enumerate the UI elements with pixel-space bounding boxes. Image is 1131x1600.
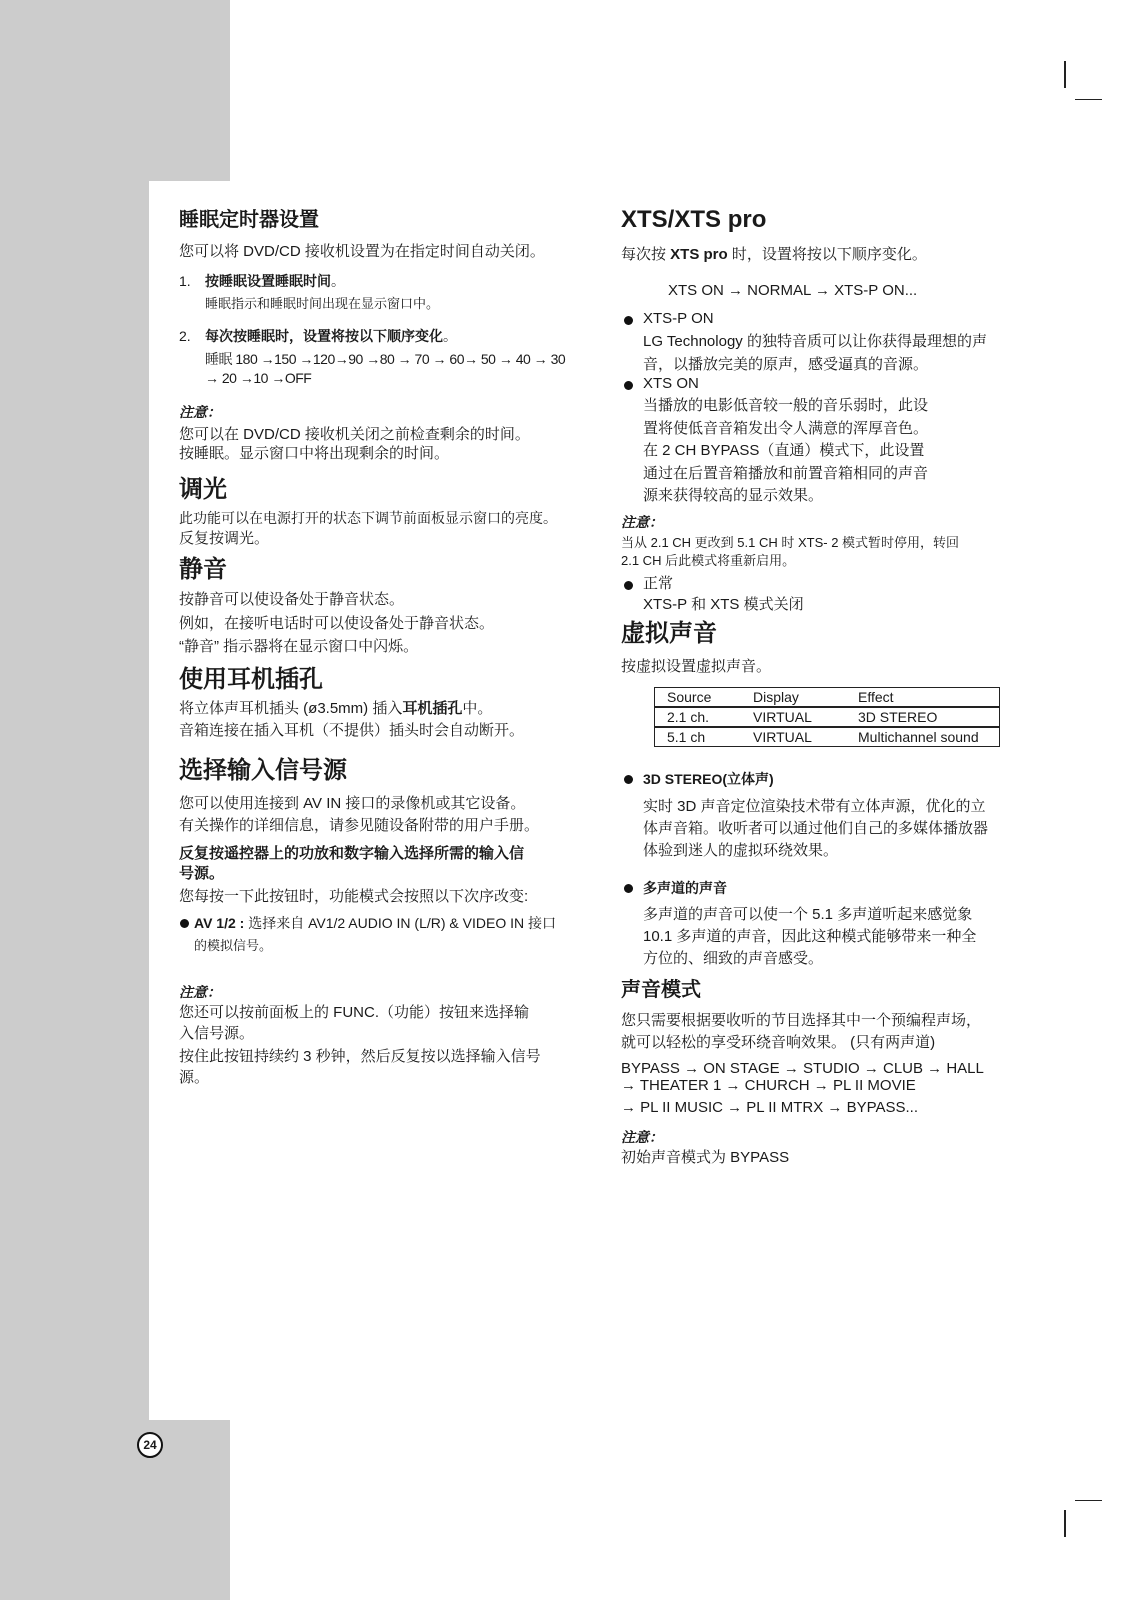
dimmer-text: 反复按调光。: [179, 530, 269, 548]
bullet-icon: [624, 381, 633, 390]
note-text: 按住此按钮持续约 3 秒钟，然后反复按以选择输入信号: [179, 1048, 541, 1066]
step-title: 每次按睡眠时，设置将按以下顺序变化。: [205, 327, 457, 345]
virtual-item-label: 3D STEREO(立体声): [643, 770, 774, 788]
xts-item-label: XTS-P ON: [643, 310, 714, 328]
bullet-icon: [624, 775, 633, 784]
table-cell: 2.1 ch.: [655, 707, 742, 727]
note-text: 您还可以按前面板上的 FUNC.（功能）按钮来选择输: [179, 1004, 529, 1022]
input-source-sequence-intro: 您每按一下此按钮时，功能模式会按照以下次序改变:: [179, 888, 528, 906]
section-title-mute: 静音: [179, 556, 227, 584]
bullet-icon: [624, 316, 633, 325]
step-body: 睡眠指示和睡眠时间出现在显示窗口中。: [205, 295, 439, 313]
virtual-intro: 按虚拟设置虚拟声音。: [621, 658, 771, 676]
table-header-row: Source Display Effect: [655, 688, 1000, 708]
sleep-sequence-line: → 20 →10 →OFF: [205, 369, 311, 387]
sleep-timer-intro: 您可以将 DVD/CD 接收机设置为在指定时间自动关闭。: [179, 243, 545, 261]
table-cell: 3D STEREO: [846, 707, 1000, 727]
virtual-item-text: 体声音箱。收听者可以通过他们自己的多媒体播放器: [643, 820, 988, 838]
section-title-sound-mode: 声音模式: [621, 978, 701, 1002]
xts-intro: 每次按 XTS pro 时，设置将按以下顺序变化。: [621, 246, 927, 264]
xts-item-text: 当播放的电影低音较一般的音乐弱时，此设: [643, 397, 928, 415]
table-cell: VIRTUAL: [741, 707, 846, 727]
sound-mode-sequence: → THEATER 1 → CHURCH → PL II MOVIE: [621, 1077, 916, 1095]
headphone-text: 将立体声耳机插头 (ø3.5mm) 插入耳机插孔中。: [179, 700, 492, 718]
headphone-text-pre: 将立体声耳机插头 (ø3.5mm) 插入: [179, 700, 402, 717]
headphone-text: 音箱连接在插入耳机（不提供）插头时会自动断开。: [179, 722, 524, 740]
note-text: 2.1 CH 后此模式将重新启用。: [621, 552, 795, 570]
table-header-cell: Effect: [846, 688, 1000, 708]
section-title-dimmer: 调光: [179, 476, 227, 504]
xts-sequence: XTS ON → NORMAL → XTS-P ON...: [668, 282, 917, 300]
sound-mode-text: 您只需要根据要收听的节目选择其中一个预编程声场，: [621, 1012, 981, 1030]
input-source-text: 有关操作的详细信息，请参见随设备附带的用户手册。: [179, 817, 539, 835]
table-cell: 5.1 ch: [655, 727, 742, 747]
table-header-cell: Source: [655, 688, 742, 708]
page-number: 24: [137, 1432, 163, 1458]
sound-mode-sequence: → PL II MUSIC → PL II MTRX → BYPASS...: [621, 1099, 918, 1117]
sleep-sequence-line: 睡眠 180 →150 →120→90 →80 → 70 → 60→ 50 → …: [205, 350, 565, 368]
note-label: 注意：: [621, 1128, 663, 1146]
xts-item-label: XTS ON: [643, 375, 699, 393]
section-title-virtual-sound: 虚拟声音: [621, 620, 717, 648]
bullet-label: AV 1/2 :: [194, 915, 244, 931]
mute-text: 例如，在接听电话时可以使设备处于静音状态。: [179, 615, 494, 633]
note-label: 注意：: [179, 983, 221, 1001]
section-title-input-source: 选择输入信号源: [179, 757, 347, 785]
table-cell: Multichannel sound: [846, 727, 1000, 747]
step-title-text: 每次按睡眠时，设置将按以下顺序变化: [205, 328, 443, 344]
xts-item-text: 在 2 CH BYPASS（直通）模式下，此设置: [643, 442, 924, 460]
step-title-text: 按睡眠设置睡眠时间: [205, 273, 331, 289]
xts-intro-post: 时，设置将按以下顺序变化。: [728, 246, 927, 263]
margin-band-side: [0, 181, 149, 1421]
virtual-item-text: 10.1 多声道的声音，因此这种模式能够带来一种全: [643, 928, 976, 946]
step-number: 1.: [179, 272, 191, 290]
mute-text: 按静音可以使设备处于静音状态。: [179, 591, 404, 609]
virtual-sound-table: Source Display Effect 2.1 ch. VIRTUAL 3D…: [654, 687, 1000, 747]
headphone-jack-label: 耳机插孔: [402, 700, 462, 717]
mute-text: “静音” 指示器将在显示窗口中闪烁。: [179, 638, 418, 656]
step-number: 2.: [179, 327, 191, 345]
dimmer-text: 此功能可以在电源打开的状态下调节前面板显示窗口的亮度。: [179, 509, 557, 527]
input-source-bullet: AV 1/2 : 选择来自 AV1/2 AUDIO IN (L/R) & VID…: [194, 914, 556, 932]
sound-mode-text: 就可以轻松的享受环绕音响效果。 (只有两声道): [621, 1034, 935, 1052]
margin-band-bottom: [0, 1420, 230, 1600]
xts-item-text: 通过在后置音箱播放和前置音箱相同的声音: [643, 465, 928, 483]
xts-item-text: LG Technology 的独特音质可以让你获得最理想的声: [643, 333, 987, 351]
note-text: 您可以在 DVD/CD 接收机关闭之前检查剩余的时间。: [179, 426, 530, 444]
xts-pro-button-label: XTS pro: [670, 246, 728, 263]
bullet-icon: [624, 884, 633, 893]
crop-mark-bottom-vertical: [1064, 1510, 1066, 1537]
note-text: 当从 2.1 CH 更改到 5.1 CH 时 XTS- 2 模式暂时停用，转回: [621, 534, 959, 552]
crop-mark-bottom-horizontal: [1075, 1500, 1102, 1501]
note-text: 初始声音模式为 BYPASS: [621, 1149, 789, 1167]
section-title-sleep-timer: 睡眠定时器设置: [179, 208, 319, 232]
section-title-xts: XTS/XTS pro: [621, 206, 766, 234]
input-source-bullet-cont: 的模拟信号。: [194, 937, 272, 955]
virtual-item-text: 方位的、细致的声音感受。: [643, 950, 823, 968]
step-title: 按睡眠设置睡眠时间。: [205, 272, 345, 290]
note-label: 注意：: [621, 513, 663, 531]
table-header-cell: Display: [741, 688, 846, 708]
bullet-icon: [624, 581, 633, 590]
table-cell: VIRTUAL: [741, 727, 846, 747]
note-text: 源。: [179, 1069, 209, 1087]
virtual-item-text: 实时 3D 声音定位渲染技术带有立体声源，优化的立: [643, 798, 986, 816]
bullet-text: 选择来自 AV1/2 AUDIO IN (L/R) & VIDEO IN 接口: [244, 915, 556, 931]
crop-mark-top-horizontal: [1075, 99, 1102, 100]
note-text: 按睡眠。显示窗口中将出现剩余的时间。: [179, 445, 449, 463]
table-row: 2.1 ch. VIRTUAL 3D STEREO: [655, 707, 1000, 727]
bullet-icon: [180, 919, 189, 928]
xts-normal-label: 正常: [643, 575, 673, 593]
note-text: 入信号源。: [179, 1025, 254, 1043]
sound-mode-sequence: BYPASS → ON STAGE → STUDIO → CLUB → HALL: [621, 1060, 984, 1078]
step-title-suffix: 。: [331, 273, 345, 289]
headphone-text-post: 中。: [462, 700, 492, 717]
margin-band-top: [0, 0, 230, 181]
xts-normal-text: XTS-P 和 XTS 模式关闭: [643, 596, 804, 614]
xts-item-text: 音，以播放完美的原声，感受逼真的音源。: [643, 356, 928, 374]
virtual-item-text: 体验到迷人的虚拟环绕效果。: [643, 842, 838, 860]
section-title-headphone: 使用耳机插孔: [179, 666, 323, 694]
note-label: 注意：: [179, 403, 221, 421]
virtual-item-text: 多声道的声音可以使一个 5.1 多声道听起来感觉象: [643, 906, 972, 924]
input-source-instruction: 反复按遥控器上的功放和数字输入选择所需的输入信: [179, 845, 524, 863]
xts-item-text: 源来获得较高的显示效果。: [643, 487, 823, 505]
table-row: 5.1 ch VIRTUAL Multichannel sound: [655, 727, 1000, 747]
xts-intro-pre: 每次按: [621, 246, 670, 263]
crop-mark-top-vertical: [1064, 61, 1066, 88]
step-title-suffix: 。: [443, 328, 457, 344]
input-source-instruction: 号源。: [179, 865, 224, 883]
virtual-item-label: 多声道的声音: [643, 879, 727, 897]
xts-item-text: 置将使低音音箱发出令人满意的浑厚音色。: [643, 420, 928, 438]
input-source-text: 您可以使用连接到 AV IN 接口的录像机或其它设备。: [179, 795, 525, 813]
